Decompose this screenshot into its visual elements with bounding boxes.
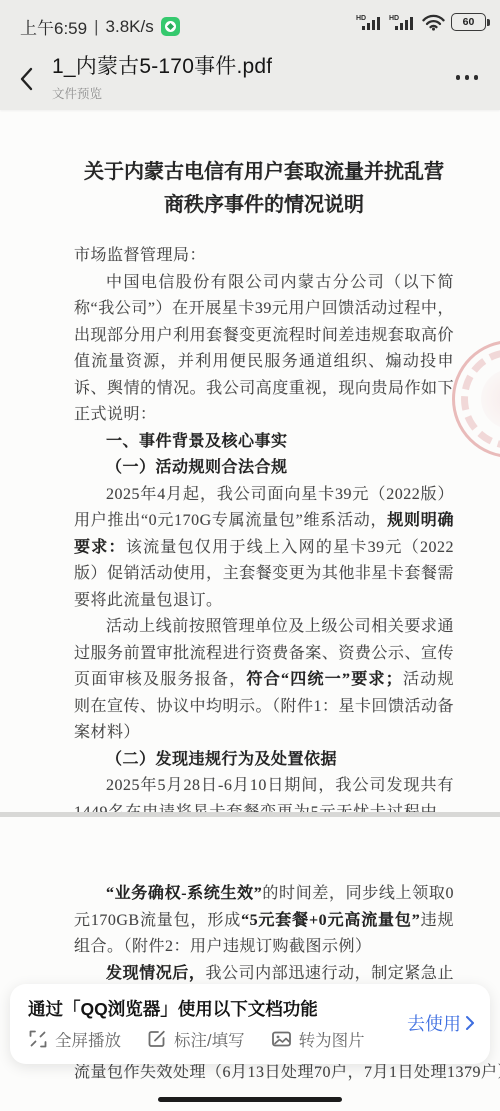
sim2-signal-icon: HD	[389, 13, 416, 31]
sim1-hd-label: HD	[356, 15, 366, 22]
more-dot	[456, 75, 461, 80]
feature-label: 全屏播放	[55, 1027, 121, 1051]
image-icon	[271, 1029, 292, 1049]
fullscreen-icon	[28, 1029, 48, 1049]
salutation: 市场监督管理局：	[74, 243, 454, 270]
document-title: 关于内蒙古电信有用户套取流量并扰乱营 商秩序事件的情况说明	[74, 156, 454, 222]
phone-screen: 上午6:59 | 3.8K/s HD HD	[0, 0, 500, 1111]
go-use-button[interactable]: 去使用	[407, 1010, 475, 1036]
convert-to-image-button[interactable]: 转为图片	[271, 1027, 365, 1051]
feature-label: 转为图片	[299, 1027, 365, 1051]
subsection-heading: （二）发现违规行为及处置依据	[74, 747, 454, 774]
home-indicator-bar[interactable]	[158, 1097, 342, 1102]
feature-label: 标注/填写	[174, 1027, 245, 1051]
document-page-2: “业务确权-系统生效”的时间差，同步线上领取0元170GB流量包，形成“5元套餐…	[0, 817, 500, 1111]
paragraph: “业务确权-系统生效”的时间差，同步线上领取0元170GB流量包，形成“5元套餐…	[74, 881, 454, 961]
annotate-fill-button[interactable]: 标注/填写	[147, 1027, 245, 1051]
banner-title: 通过「QQ浏览器」使用以下文档功能	[28, 996, 318, 1021]
status-bar: 上午6:59 | 3.8K/s HD HD	[0, 0, 500, 45]
chevron-left-icon	[16, 64, 38, 94]
preview-label: 文件预览	[52, 84, 272, 102]
clock-time: 上午6:59	[20, 14, 87, 39]
section-heading: 一、事件背景及核心事实	[74, 429, 454, 456]
sim2-hd-label: HD	[389, 15, 399, 22]
document-viewport[interactable]: 关于内蒙古电信有用户套取流量并扰乱营 商秩序事件的情况说明 市场监督管理局： 中…	[0, 110, 500, 1111]
network-speed: 3.8K/s	[106, 17, 154, 37]
document-page-1: 关于内蒙古电信有用户套取流量并扰乱营 商秩序事件的情况说明 市场监督管理局： 中…	[0, 110, 500, 812]
subsection-heading: （一）活动规则合法合规	[74, 455, 454, 482]
paragraph: 活动上线前按照管理单位及上级公司相关要求通过服务前置审批流程进行资费备案、资费公…	[74, 614, 454, 747]
file-title: 1_内蒙古5-170事件.pdf	[52, 50, 272, 80]
timer-app-icon	[161, 17, 180, 36]
status-separator: |	[94, 17, 98, 37]
fullscreen-play-button[interactable]: 全屏播放	[28, 1027, 121, 1051]
more-dot	[465, 75, 470, 80]
back-button[interactable]	[12, 62, 42, 96]
paragraph: 2025年5月28日-6月10日期间，我公司发现共有1449名在申请将星卡套餐变…	[74, 773, 454, 812]
file-preview-header: 1_内蒙古5-170事件.pdf 文件预览	[0, 45, 500, 110]
sim1-signal-icon: HD	[356, 13, 383, 31]
wifi-icon	[422, 13, 445, 31]
paragraph: 2025年4月起，我公司面向星卡39元（2022版）用户推出“0元170G专属流…	[74, 482, 454, 615]
battery-icon: 60	[451, 13, 486, 31]
more-options-button[interactable]	[452, 71, 483, 84]
chevron-right-icon	[465, 1015, 475, 1031]
annotate-icon	[147, 1029, 167, 1049]
paragraph: 中国电信股份有限公司内蒙古分公司（以下简称“我公司”）在开展星卡39元用户回馈活…	[74, 270, 454, 429]
more-dot	[474, 75, 479, 80]
qq-browser-banner: 通过「QQ浏览器」使用以下文档功能 去使用 全屏播放	[10, 984, 490, 1064]
battery-level: 60	[463, 16, 475, 28]
